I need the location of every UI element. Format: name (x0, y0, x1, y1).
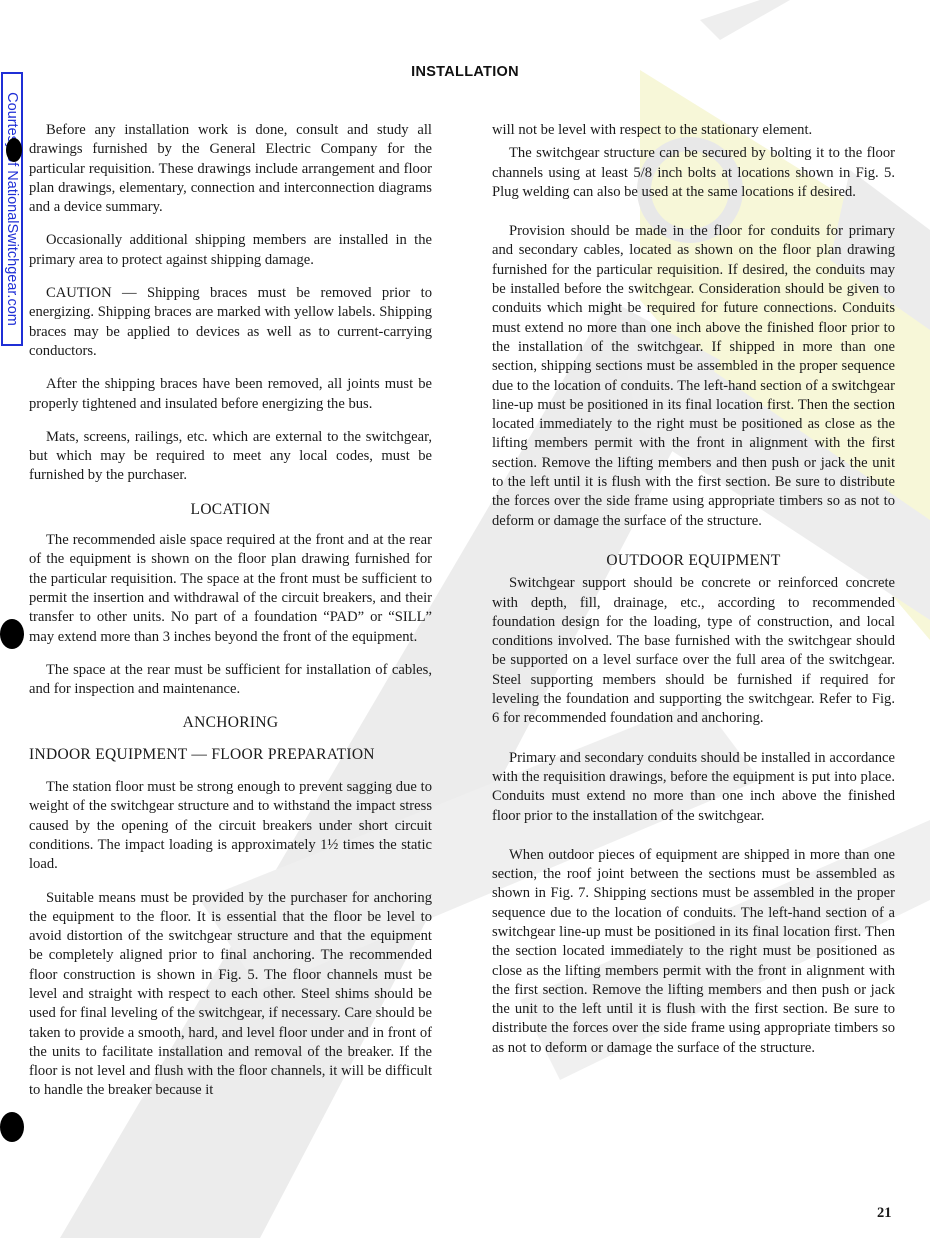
punch-hole-icon (6, 138, 22, 162)
paragraph: Occasionally additional shipping members… (29, 231, 432, 270)
paragraph: After the shipping braces have been remo… (29, 375, 432, 414)
paragraph: The station floor must be strong enough … (29, 778, 432, 874)
paragraph: The recommended aisle space required at … (29, 531, 432, 647)
courtesy-banner[interactable]: Courtesy of NationalSwitchgear.com (1, 72, 23, 346)
paragraph: Suitable means must be provided by the p… (29, 889, 432, 1101)
continued-paragraph: will not be level with respect to the st… (492, 121, 895, 140)
paragraph: Provision should be made in the floor fo… (492, 222, 895, 531)
paragraph: Before any installation work is done, co… (29, 121, 432, 217)
paragraph: When outdoor pieces of equipment are shi… (492, 846, 895, 1058)
paragraph: The space at the rear must be sufficient… (29, 661, 432, 700)
courtesy-banner-text: Courtesy of NationalSwitchgear.com (4, 92, 20, 326)
subheading-indoor-floor-preparation: INDOOR EQUIPMENT — FLOOR PREPARATION (29, 745, 432, 764)
section-heading-outdoor-equipment: OUTDOOR EQUIPMENT (492, 551, 895, 570)
paragraph: Switchgear support should be concrete or… (492, 574, 895, 728)
paragraph: The switchgear structure can be secured … (492, 144, 895, 202)
caution-paragraph: CAUTION — Shipping braces must be remove… (29, 284, 432, 361)
punch-hole-icon (0, 1112, 24, 1142)
page-number: 21 (877, 1205, 892, 1222)
section-heading-location: LOCATION (29, 500, 432, 519)
right-column: will not be level with respect to the st… (492, 121, 895, 1058)
page-header: INSTALLATION (0, 64, 930, 80)
paragraph: Primary and secondary conduits should be… (492, 749, 895, 826)
paragraph: Mats, screens, railings, etc. which are … (29, 428, 432, 486)
left-column: Before any installation work is done, co… (29, 121, 432, 1101)
punch-hole-icon (0, 619, 24, 649)
section-heading-anchoring: ANCHORING (29, 713, 432, 732)
